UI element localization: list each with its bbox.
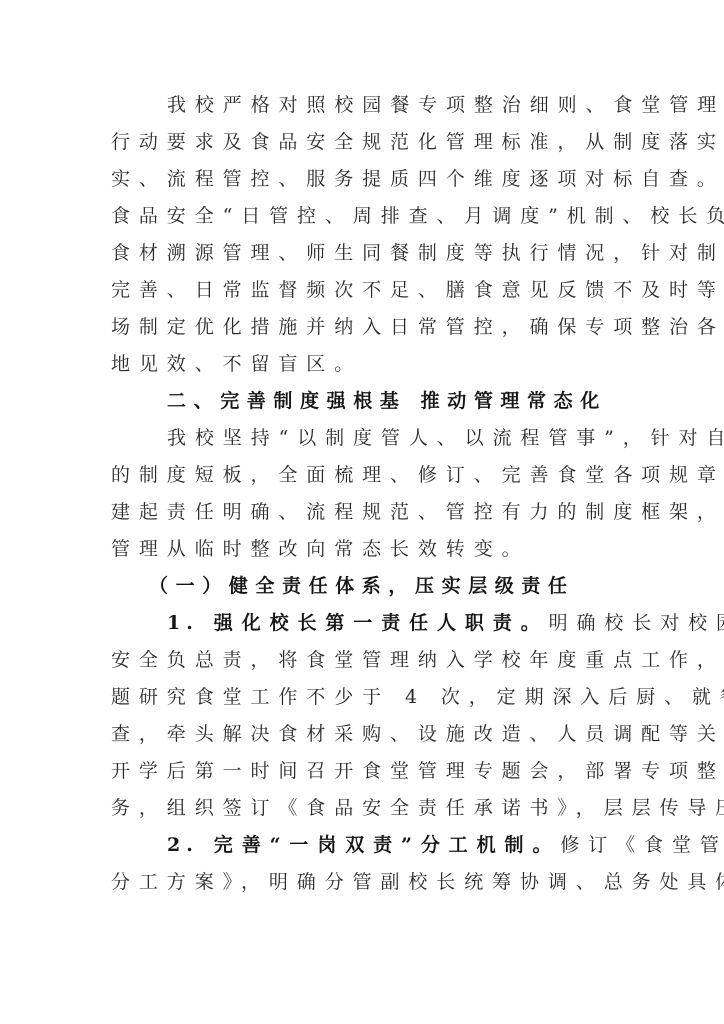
item-text: 修订《食堂管理责任	[560, 834, 724, 856]
paragraph-line: 题研究食堂工作不少于 4 次，定期深入后厨、就餐区实地检	[111, 683, 615, 720]
paragraph-line: 开学后第一时间召开食堂管理专题会，部署专项整治自查任	[111, 757, 615, 794]
paragraph-line: 完善、日常监督频次不足、膳食意见反馈不及时等问题，现	[111, 276, 615, 313]
paragraph-line: 我校坚持“以制度管人、以流程管事”，针对自查发现	[111, 424, 615, 461]
list-item-2-first-line: 2. 完善“一岗双责”分工机制。修订《食堂管理责任	[111, 831, 615, 868]
paragraph-line: 地见效、不留盲区。	[111, 350, 615, 387]
paragraph-line: 我校严格对照校园餐专项整治细则、食堂管理“六个一”	[111, 91, 615, 128]
paragraph-line: 场制定优化措施并纳入日常管控，确保专项整治各项要求落	[111, 313, 615, 350]
subsection-heading: （一）健全责任体系，压实层级责任	[111, 572, 615, 609]
item-number: 2.	[167, 834, 199, 856]
document-page: 我校严格对照校园餐专项整治细则、食堂管理“六个一” 行动要求及食品安全规范化管理…	[111, 91, 615, 905]
paragraph-line: 安全负总责，将食堂管理纳入学校年度重点工作，每学期专	[111, 646, 615, 683]
list-item-1-first-line: 1. 强化校长第一责任人职责。明确校长对校园餐食品	[111, 609, 615, 646]
item-title: 强化校长第一责任人职责。	[214, 612, 549, 634]
paragraph-line: 务，组织签订《食品安全责任承诺书》，层层传导压力。	[111, 794, 615, 831]
item-number: 1.	[167, 612, 199, 634]
item-title: 完善“一岗双责”分工机制。	[214, 834, 561, 856]
paragraph-line: 建起责任明确、流程规范、管控有力的制度框架，推动食堂	[111, 498, 615, 535]
paragraph-line: 分工方案》，明确分管副校长统筹协调、总务处具体执行、	[111, 868, 615, 905]
section-heading: 二、完善制度强根基 推动管理常态化	[111, 387, 615, 424]
paragraph-line: 食材溯源管理、师生同餐制度等执行情况，针对制度细节不	[111, 239, 615, 276]
paragraph-line: 食品安全“日管控、周排查、月调度”机制、校长负责制、	[111, 202, 615, 239]
item-text: 明确校长对校园餐食品	[549, 612, 724, 634]
paragraph-line: 的制度短板，全面梳理、修订、完善食堂各项规章制度，搭	[111, 461, 615, 498]
paragraph-line: 实、流程管控、服务提质四个维度逐项对标自查。重点核查	[111, 165, 615, 202]
paragraph-line: 查，牵头解决食材采购、设施改造、人员调配等关键问题。	[111, 720, 615, 757]
paragraph-line: 行动要求及食品安全规范化管理标准，从制度落实、责任压	[111, 128, 615, 165]
paragraph-line: 管理从临时整改向常态长效转变。	[111, 535, 615, 572]
